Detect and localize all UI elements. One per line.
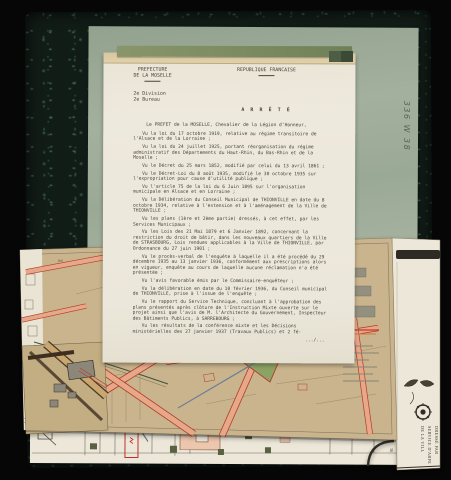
decree-paragraph: Vu l'article 75 de la loi du 6 Juin 1895… bbox=[133, 185, 333, 197]
republic-label: REPUBLIQUE FRANCAISE bbox=[199, 67, 333, 73]
underline-dash bbox=[258, 75, 274, 76]
decree-paragraph: Vu le Décret-Loi du 8 août 1935, modifié… bbox=[133, 171, 333, 183]
tape-end-darker bbox=[341, 51, 353, 62]
decree-paragraph: Vu la loi du 17 octobre 1919, relative a… bbox=[133, 131, 333, 143]
underline-dash bbox=[145, 80, 161, 81]
decree-paragraph: Vu la loi du 24 juillet 1925, portant ré… bbox=[133, 145, 333, 162]
handwritten-shelfmark: 336 W 38 bbox=[398, 90, 414, 162]
decree-paragraph: Vu la Délibération du Conseil Municipal … bbox=[133, 198, 333, 215]
decree-paragraph: Vu le procès-verbal de l'enquête à laque… bbox=[133, 254, 333, 277]
decree-paragraph: Vu les Lois des 21 Mai 1879 et 6 Janvier… bbox=[133, 230, 333, 253]
decree-document: PREFECTURE DE LA MOSELLE REPUBLIQUE FRAN… bbox=[102, 53, 355, 364]
prefecture-block: PREFECTURE DE LA MOSELLE bbox=[133, 67, 171, 83]
decree-opening: Le PREFET de la MOSELLE, Chevalier de la… bbox=[133, 123, 333, 129]
decree-paragraph: Vu la délibération en date du 10 février… bbox=[133, 286, 333, 298]
prefecture-line2: DE LA MOSELLE bbox=[133, 73, 171, 79]
archive-scan: 336 W 38 bbox=[0, 0, 451, 480]
decree-title: A R R Ê T É bbox=[199, 107, 333, 113]
decree-paragraph: Vu le rapport du Service Technique, conc… bbox=[133, 300, 333, 323]
cartouche-line-1: DRESSÉ PAR bbox=[434, 426, 439, 454]
decree-paragraph: Vu l'avis favorable émis par le Commissa… bbox=[133, 279, 333, 285]
bureau-label: 2e Bureau bbox=[133, 97, 165, 103]
adhesive-tape bbox=[117, 46, 352, 58]
continuation-mark: .../... bbox=[133, 337, 333, 343]
folded-map-flap bbox=[22, 342, 108, 434]
map-frame-bar bbox=[396, 250, 440, 259]
decree-body: Le PREFET de la MOSELLE, Chevalier de la… bbox=[133, 123, 334, 344]
cartouche-line-2: SERVICE D'ARPE bbox=[427, 426, 432, 464]
frame-corner bbox=[368, 441, 394, 466]
republic-block: REPUBLIQUE FRANCAISE bbox=[199, 67, 333, 77]
decree-paragraph: Vu les plans (1ère et 2ème partie) dress… bbox=[133, 217, 333, 229]
decree-paragraph: Vu le Décret du 25 mars 1852, modifié pa… bbox=[133, 164, 333, 170]
division-block: 2e Division 2e Bureau bbox=[133, 91, 165, 103]
letterhead: PREFECTURE DE LA MOSELLE REPUBLIQUE FRAN… bbox=[133, 65, 333, 66]
cartouche-line-3: DE LA VILL bbox=[420, 426, 425, 453]
decree-paragraph: Vu les résultats de la conférence mixte … bbox=[133, 324, 333, 336]
cartouche-corner-number: 36 bbox=[389, 448, 394, 452]
